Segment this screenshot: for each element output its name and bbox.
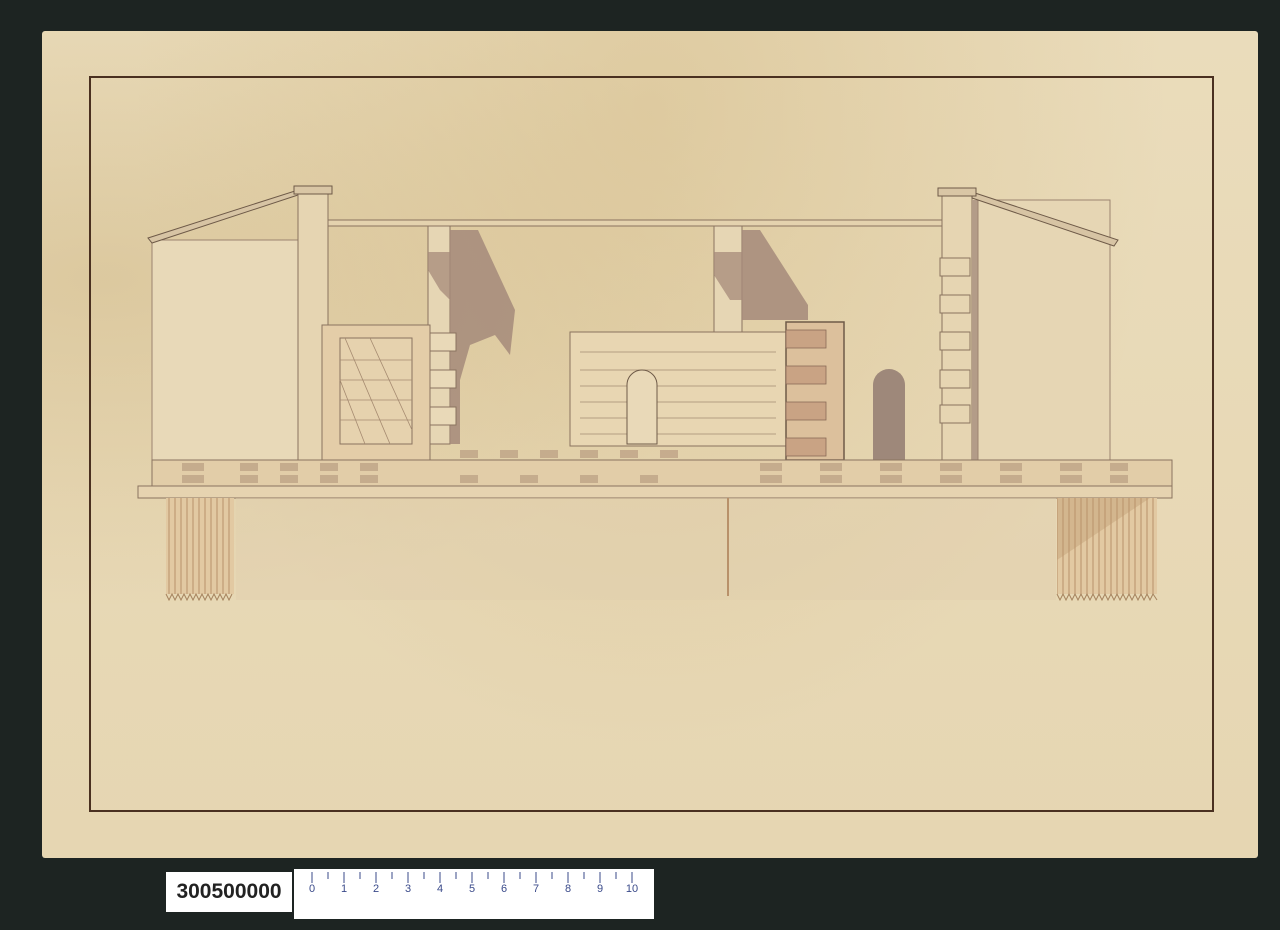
arched-doorway <box>627 370 657 444</box>
ruler-tick-8: 8 <box>565 883 571 895</box>
timber-foundation <box>138 450 1172 600</box>
left-gate <box>322 325 430 460</box>
roof-beam <box>328 220 942 226</box>
architectural-drawing <box>0 0 1280 930</box>
left-inner-wall <box>428 226 515 444</box>
ruler-tick-4: 4 <box>437 883 443 895</box>
ruler-tick-5: 5 <box>469 883 475 895</box>
left-piles <box>166 498 234 600</box>
right-wing <box>873 188 1118 460</box>
ruler-tick-7: 7 <box>533 883 539 895</box>
ruler-tick-0: 0 <box>309 883 315 895</box>
scale-ruler: 0 1 2 3 4 5 6 7 8 9 10 <box>294 869 654 919</box>
arched-niche <box>873 369 905 460</box>
right-piles <box>1057 498 1157 600</box>
left-wing <box>148 186 332 460</box>
middle-section <box>570 226 844 460</box>
ruler-tick-3: 3 <box>405 883 411 895</box>
ruler-tick-1: 1 <box>341 883 347 895</box>
ruler-tick-2: 2 <box>373 883 379 895</box>
ruler-tick-9: 9 <box>597 883 603 895</box>
ruler-tick-6: 6 <box>501 883 507 895</box>
catalog-id-label: 300500000 <box>166 872 292 912</box>
ruler-tick-10: 10 <box>626 883 638 895</box>
